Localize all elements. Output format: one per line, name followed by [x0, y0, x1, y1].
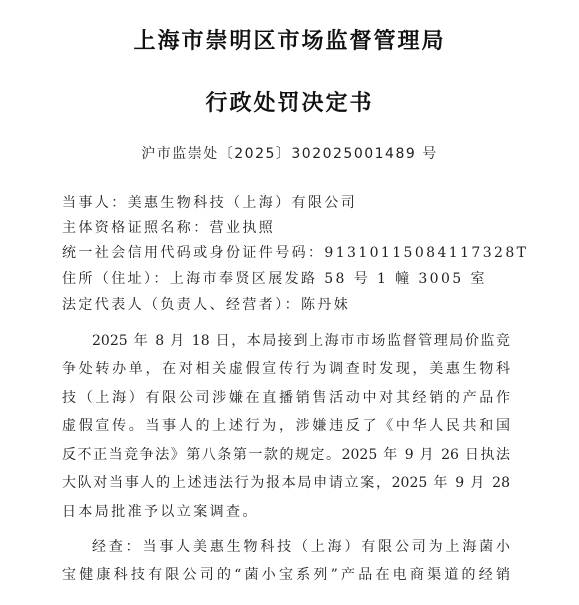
paragraph-line: 技（上海）有限公司涉嫌在直播销售活动中对其经销的产品作	[62, 388, 510, 408]
paragraph-line: 宝健康科技有限公司的“菌小宝系列”产品在电商渠道的经销	[62, 565, 510, 585]
agency-title: 上海市崇明区市场监督管理局	[0, 24, 579, 55]
address: 住所（住址）：上海市奉贤区展发路 58 号 1 幢 3005 室	[62, 269, 510, 289]
document-type-title: 行政处罚决定书	[0, 86, 579, 117]
legal-representative: 法定代表人（负责人、经营者）：陈丹妹	[62, 295, 510, 315]
license-type: 主体资格证照名称：营业执照	[62, 218, 510, 238]
paragraph-line: 经查：当事人美惠生物科技（上海）有限公司为上海菌小	[62, 537, 510, 557]
paragraph-line: 反不正当竞争法》第八条第一款的规定。2025 年 9 月 26 日执法	[62, 445, 510, 465]
paragraph-line: 争处转办单，在对相关虚假宣传行为调查时发现，美惠生物科	[62, 359, 510, 379]
paragraph-line: 2025 年 8 月 18 日，本局接到上海市市场监督管理局价监竞	[62, 331, 510, 351]
paragraph-line: 大队对当事人的上述违法行为报本局申请立案，2025 年 9 月 28	[62, 473, 510, 493]
party-name: 当事人：美惠生物科技（上海）有限公司	[62, 193, 510, 213]
paragraph-line: 日本局批准予以立案调查。	[62, 502, 510, 522]
paragraph-line: 虚假宣传。当事人的上述行为，涉嫌违反了《中华人民共和国	[62, 416, 510, 436]
credit-code: 统一社会信用代码或身份证件号码：91310115084117328T	[62, 243, 510, 263]
document-number: 沪市监崇处〔2025〕302025001489 号	[0, 143, 579, 163]
